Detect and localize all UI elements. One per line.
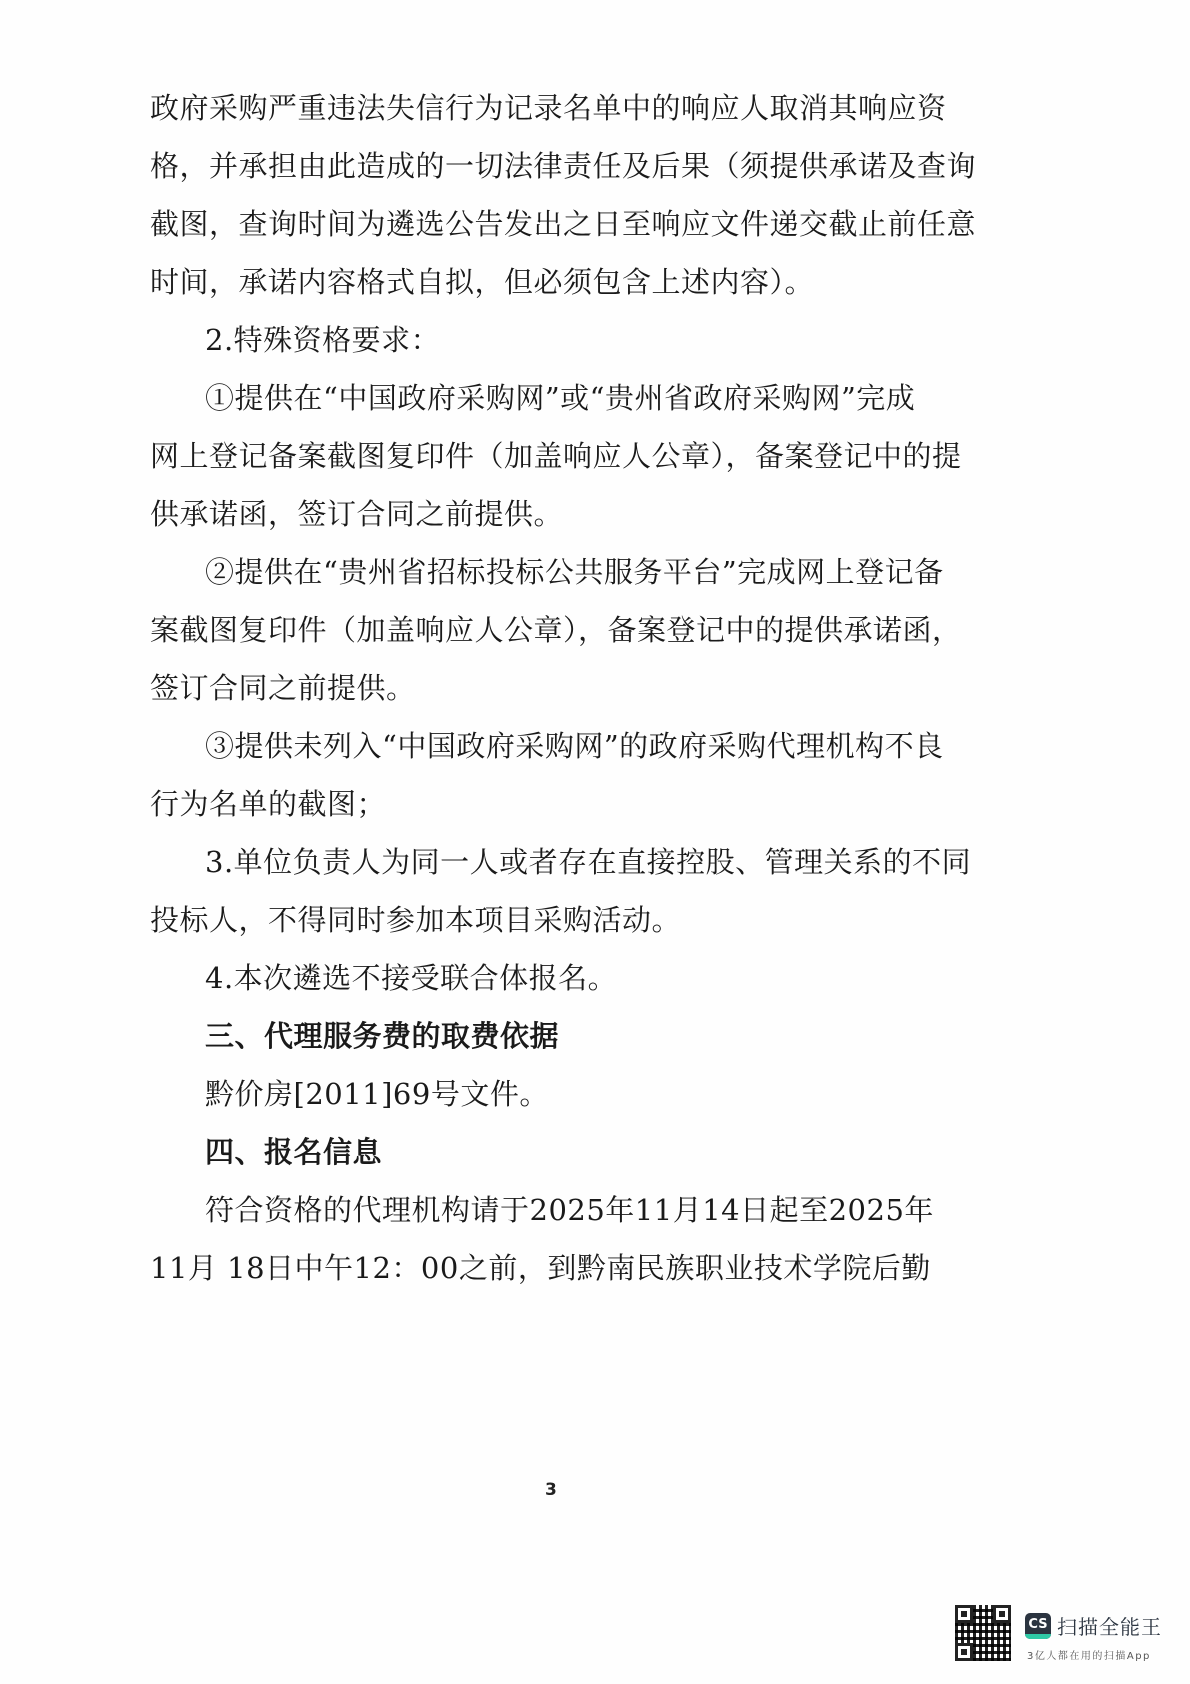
- camscanner-logo-icon: CS: [1025, 1613, 1051, 1639]
- paragraph-line: 案截图复印件（加盖响应人公章），备案登记中的提供承诺函，: [150, 610, 960, 650]
- paragraph-line: 4.本次遴选不接受联合体报名。: [205, 958, 965, 998]
- paragraph-line: 时间，承诺内容格式自拟，但必须包含上述内容）。: [150, 262, 960, 302]
- paragraph-line: 11月 18日中午12：00之前，到黔南民族职业技术学院后勤: [150, 1248, 960, 1288]
- scanner-watermark: CS 扫描全能王 3亿人都在用的扫描App: [955, 1605, 1185, 1675]
- paragraph-line: 3.单位负责人为同一人或者存在直接控股、管理关系的不同: [205, 842, 965, 882]
- paragraph-line: 黔价房[2011]69号文件。: [205, 1074, 965, 1114]
- document-page: 政府采购严重违法失信行为记录名单中的响应人取消其响应资格，并承担由此造成的一切法…: [0, 0, 1190, 1684]
- brand-name: 扫描全能王: [1057, 1611, 1162, 1640]
- paragraph-line: 格，并承担由此造成的一切法律责任及后果（须提供承诺及查询: [150, 146, 960, 186]
- page-number: 3: [545, 1480, 557, 1500]
- section-heading: 四、报名信息: [205, 1132, 965, 1172]
- paragraph-line: 投标人，不得同时参加本项目采购活动。: [150, 900, 960, 940]
- paragraph-line: 2.特殊资格要求：: [205, 320, 965, 360]
- paragraph-line: 供承诺函，签订合同之前提供。: [150, 494, 960, 534]
- section-heading: 三、代理服务费的取费依据: [205, 1016, 965, 1056]
- paragraph-line: 行为名单的截图；: [150, 784, 960, 824]
- paragraph-line: 截图，查询时间为遴选公告发出之日至响应文件递交截止前任意: [150, 204, 960, 244]
- paragraph-line: 符合资格的代理机构请于2025年11月14日起至2025年: [205, 1190, 965, 1230]
- brand-tagline: 3亿人都在用的扫描App: [1027, 1647, 1151, 1662]
- paragraph-line: ②提供在“贵州省招标投标公共服务平台”完成网上登记备: [205, 552, 965, 592]
- qr-code-icon: [955, 1605, 1011, 1661]
- paragraph-line: ③提供未列入“中国政府采购网”的政府采购代理机构不良: [205, 726, 965, 766]
- paragraph-line: 签订合同之前提供。: [150, 668, 960, 708]
- paragraph-line: 网上登记备案截图复印件（加盖响应人公章），备案登记中的提: [150, 436, 960, 476]
- paragraph-line: 政府采购严重违法失信行为记录名单中的响应人取消其响应资: [150, 88, 960, 128]
- paragraph-line: ①提供在“中国政府采购网”或“贵州省政府采购网”完成: [205, 378, 965, 418]
